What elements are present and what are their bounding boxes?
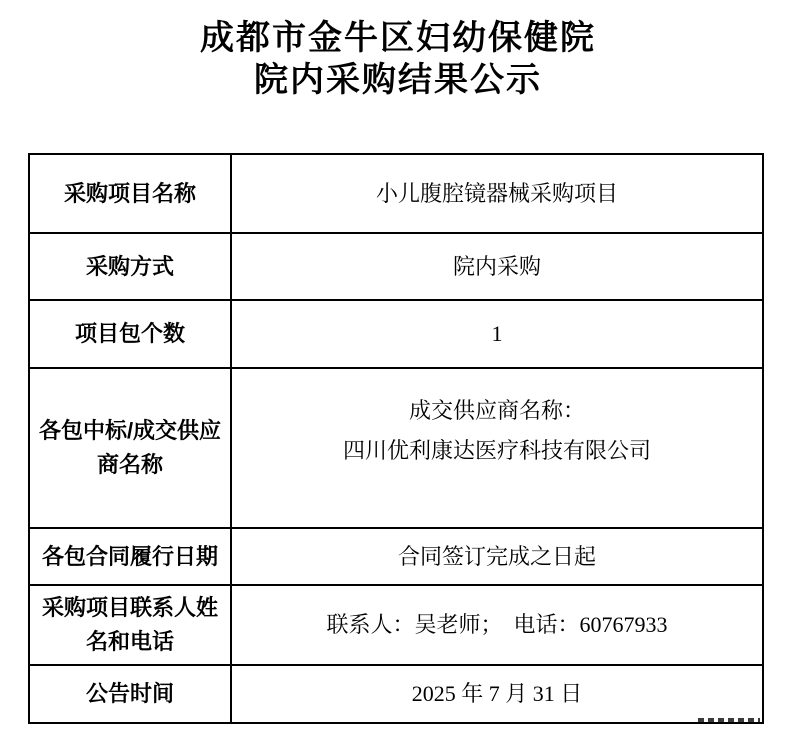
table-row: 项目包个数 1 [29,300,763,368]
announcement-page: 成都市金牛区妇幼保健院 院内采购结果公示 采购项目名称 小儿腹腔镜器械采购项目 … [0,0,796,742]
row-label-announcement-date: 公告时间 [29,665,231,723]
row-label-package-count: 项目包个数 [29,300,231,368]
row-value-project-name: 小儿腹腔镜器械采购项目 [231,154,763,233]
row-value-procurement-method: 院内采购 [231,233,763,300]
row-label-project-name: 采购项目名称 [29,154,231,233]
bottom-border-dash-artifact [698,718,760,722]
procurement-result-table: 采购项目名称 小儿腹腔镜器械采购项目 采购方式 院内采购 项目包个数 1 各包中… [28,153,764,724]
table-row: 各包中标/成交供应商名称 成交供应商名称： 四川优利康达医疗科技有限公司 [29,368,763,528]
row-label-procurement-method: 采购方式 [29,233,231,300]
row-label-contact-person: 采购项目联系人姓名和电话 [29,585,231,665]
row-value-package-count: 1 [231,300,763,368]
table-row: 采购项目名称 小儿腹腔镜器械采购项目 [29,154,763,233]
row-label-contract-period: 各包合同履行日期 [29,528,231,585]
row-label-winning-supplier: 各包中标/成交供应商名称 [29,368,231,528]
table-row: 采购方式 院内采购 [29,233,763,300]
supplier-value-line2: 四川优利康达医疗科技有限公司 [242,431,752,471]
page-title: 成都市金牛区妇幼保健院 院内采购结果公示 [0,18,796,102]
row-value-contact-person: 联系人：吴老师； 电话：60767933 [231,585,763,665]
supplier-value-line1: 成交供应商名称： [242,391,752,431]
table-row: 采购项目联系人姓名和电话 联系人：吴老师； 电话：60767933 [29,585,763,665]
row-value-announcement-date: 2025 年 7 月 31 日 [231,665,763,723]
table-row: 公告时间 2025 年 7 月 31 日 [29,665,763,723]
row-value-winning-supplier: 成交供应商名称： 四川优利康达医疗科技有限公司 [231,368,763,528]
page-title-line2: 院内采购结果公示 [0,60,796,102]
row-value-contract-period: 合同签订完成之日起 [231,528,763,585]
page-title-line1: 成都市金牛区妇幼保健院 [0,18,796,60]
table-row: 各包合同履行日期 合同签订完成之日起 [29,528,763,585]
